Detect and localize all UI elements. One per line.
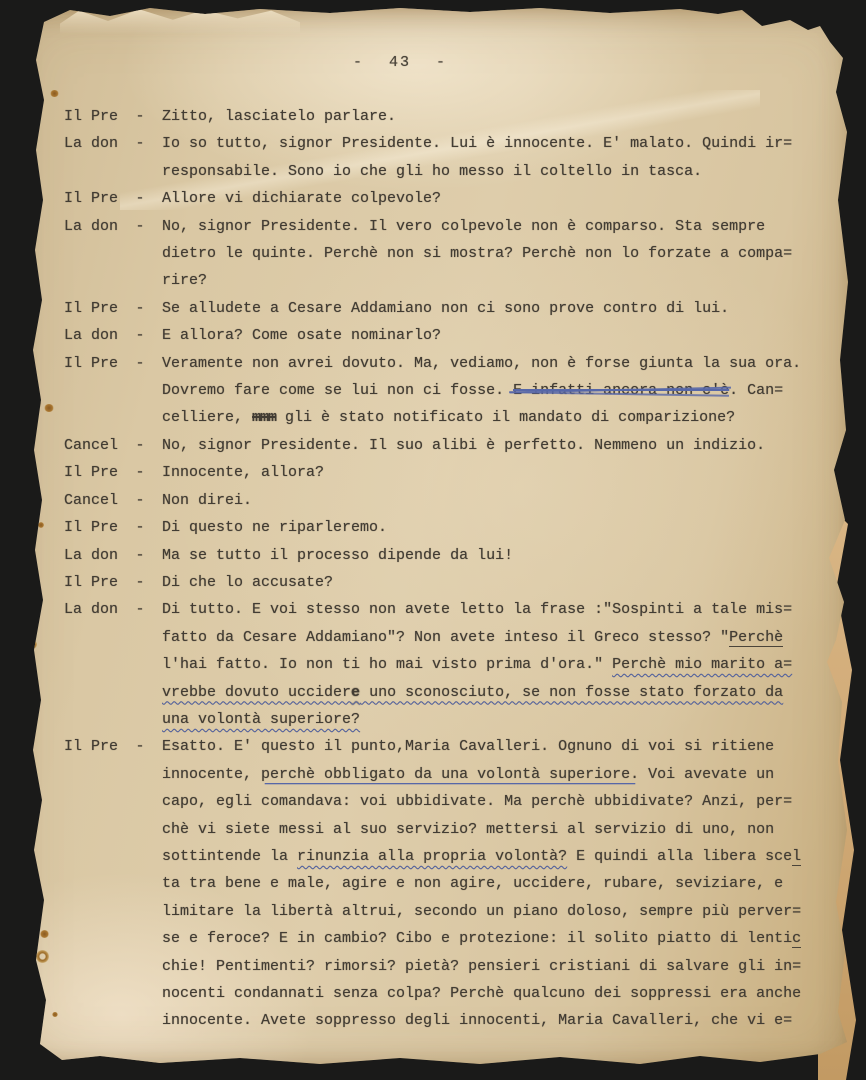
text-segment: Esatto. E' questo il punto,Maria Cavalle… bbox=[162, 738, 774, 755]
speaker-label: La don bbox=[64, 542, 118, 569]
text-segment: vrebbe dovuto uccider bbox=[162, 684, 351, 701]
stain bbox=[44, 404, 54, 412]
speaker-dash: - bbox=[118, 459, 162, 486]
speaker-label: Il Pre bbox=[64, 350, 118, 377]
typed-line: Esatto. E' questo il punto,Maria Cavalle… bbox=[162, 733, 826, 760]
dialogue-text: Io so tutto, signor Presidente. Lui è in… bbox=[162, 130, 826, 185]
text-segment: e bbox=[351, 684, 360, 701]
typed-line: Allore vi dichiarate colpevole? bbox=[162, 185, 826, 212]
text-segment: Voi avevate un bbox=[639, 766, 774, 783]
text-segment: rire? bbox=[162, 272, 207, 289]
typed-line: l'hai fatto. Io non ti ho mai visto prim… bbox=[162, 651, 826, 678]
stain bbox=[38, 522, 44, 528]
text-segment: Io so tutto, signor Presidente. Lui è in… bbox=[162, 135, 792, 152]
dialogue-entry: Il Pre-Veramente non avrei dovuto. Ma, v… bbox=[64, 350, 826, 432]
text-segment: Perchè mio marito a= bbox=[612, 656, 792, 673]
dialogue-text: Esatto. E' questo il punto,Maria Cavalle… bbox=[162, 733, 826, 1034]
typed-line: innocente, perchè obbligato da una volon… bbox=[162, 761, 826, 788]
dialogue-text: Innocente, allora? bbox=[162, 459, 826, 486]
text-segment: Di tutto. E voi stesso non avete letto l… bbox=[162, 601, 792, 618]
dialogue-entry: La don-Ma se tutto il processo dipende d… bbox=[64, 542, 826, 569]
torn-edge-highlight bbox=[60, 8, 300, 34]
speaker-dash: - bbox=[118, 596, 162, 623]
dialogue-text: Se alludete a Cesare Addamiano non ci so… bbox=[162, 295, 826, 322]
typewritten-page: - 43 - Il Pre-Zitto, lasciatelo parlare.… bbox=[0, 0, 866, 1080]
text-segment: chie! Pentimenti? rimorsi? pietà? pensie… bbox=[162, 958, 801, 975]
typed-line: una volontà superiore? bbox=[162, 706, 826, 733]
text-segment: se e feroce? E in cambio? Cibo e protezi… bbox=[162, 930, 792, 947]
typed-line: Innocente, allora? bbox=[162, 459, 826, 486]
typed-line: Veramente non avrei dovuto. Ma, vediamo,… bbox=[162, 350, 826, 377]
stain bbox=[52, 1012, 58, 1017]
typed-line: Non direi. bbox=[162, 487, 826, 514]
dialogue-text: Di che lo accusate? bbox=[162, 569, 826, 596]
speaker-label: La don bbox=[64, 130, 118, 157]
text-segment: Di che lo accusate? bbox=[162, 574, 333, 591]
speaker-label: Il Pre bbox=[64, 569, 118, 596]
text-segment: sottintende la bbox=[162, 848, 297, 865]
text-segment: l bbox=[792, 848, 801, 866]
typed-line: No, signor Presidente. Il vero colpevole… bbox=[162, 213, 826, 240]
text-segment: Se alludete a Cesare Addamiano non ci so… bbox=[162, 300, 729, 317]
speaker-label: Il Pre bbox=[64, 103, 118, 130]
speaker-dash: - bbox=[118, 733, 162, 760]
stain bbox=[27, 252, 34, 259]
dialogue-text: Di tutto. E voi stesso non avete letto l… bbox=[162, 596, 826, 733]
text-segment: No, signor Presidente. Il vero colpevole… bbox=[162, 218, 765, 235]
text-segment: E infatti ancora non c'è bbox=[513, 382, 729, 399]
typed-line: celliere, mmm gli è stato notificato il … bbox=[162, 404, 826, 431]
text-segment: l'hai fatto. Io non ti ho mai visto prim… bbox=[162, 656, 612, 673]
speaker-label: Il Pre bbox=[64, 514, 118, 541]
typed-line: Di che lo accusate? bbox=[162, 569, 826, 596]
speaker-label: Cancel bbox=[64, 487, 118, 514]
speaker-label: La don bbox=[64, 596, 118, 623]
speaker-label: Cancel bbox=[64, 432, 118, 459]
text-segment: innocente, bbox=[162, 766, 261, 783]
typed-line: rire? bbox=[162, 267, 826, 294]
dialogue-text: Allore vi dichiarate colpevole? bbox=[162, 185, 826, 212]
speaker-dash: - bbox=[118, 103, 162, 130]
typed-line: nocenti condannati senza colpa? Perchè q… bbox=[162, 980, 826, 1007]
text-segment: responsabile. Sono io che gli ho messo i… bbox=[162, 163, 702, 180]
text-segment: dietro le quinte. Perchè non si mostra? … bbox=[162, 245, 792, 262]
speaker-label: La don bbox=[64, 213, 118, 240]
typed-line: No, signor Presidente. Il suo alibi è pe… bbox=[162, 432, 826, 459]
speaker-label: La don bbox=[64, 322, 118, 349]
text-segment: E quindi alla libera sce bbox=[567, 848, 792, 865]
text-segment: Innocente, allora? bbox=[162, 464, 324, 481]
typed-line: E allora? Come osate nominarlo? bbox=[162, 322, 826, 349]
typed-line: fatto da Cesare Addamiano"? Non avete in… bbox=[162, 624, 826, 651]
dialogue-entry: La don-Di tutto. E voi stesso non avete … bbox=[64, 596, 826, 733]
dialogue-entry: La don-Io so tutto, signor Presidente. L… bbox=[64, 130, 826, 185]
typed-line: responsabile. Sono io che gli ho messo i… bbox=[162, 158, 826, 185]
dialogue-entry: Il Pre-Zitto, lasciatelo parlare. bbox=[64, 103, 826, 130]
dialogue-text: Veramente non avrei dovuto. Ma, vediamo,… bbox=[162, 350, 826, 432]
text-segment: una volontà superiore? bbox=[162, 711, 360, 728]
speaker-dash: - bbox=[118, 295, 162, 322]
text-segment: Allore vi dichiarate colpevole? bbox=[162, 190, 441, 207]
text-segment: Di questo ne riparleremo. bbox=[162, 519, 387, 536]
text-segment: rinunzia alla propria volontà? bbox=[297, 848, 567, 865]
typed-line: chè vi siete messi al suo servizio? mett… bbox=[162, 816, 826, 843]
dialogue-entry: Il Pre-Innocente, allora? bbox=[64, 459, 826, 486]
text-segment: uno sconosciuto, se non fosse stato forz… bbox=[360, 684, 783, 701]
dialogue-text: Non direi. bbox=[162, 487, 826, 514]
text-segment: Non direi. bbox=[162, 492, 252, 509]
stain bbox=[40, 930, 49, 938]
dialogue-entry: Il Pre-Se alludete a Cesare Addamiano no… bbox=[64, 295, 826, 322]
dialogue-entry: La don-E allora? Come osate nominarlo? bbox=[64, 322, 826, 349]
stain bbox=[30, 1005, 37, 1012]
page-number: - 43 - bbox=[300, 54, 500, 71]
typed-line: sottintende la rinunzia alla propria vol… bbox=[162, 843, 826, 870]
speaker-dash: - bbox=[118, 542, 162, 569]
text-segment: Dovremo fare come se lui non ci fosse. bbox=[162, 382, 513, 399]
dialogue-entry: La don-No, signor Presidente. Il vero co… bbox=[64, 213, 826, 295]
speaker-dash: - bbox=[118, 514, 162, 541]
dialogue-entry: Il Pre-Esatto. E' questo il punto,Maria … bbox=[64, 733, 826, 1034]
text-segment: innocente. Avete soppresso degli innocen… bbox=[162, 1012, 792, 1029]
text-segment: capo, egli comandava: voi ubbidivate. Ma… bbox=[162, 793, 792, 810]
speaker-dash: - bbox=[118, 213, 162, 240]
text-segment: Ma se tutto il processo dipende da lui! bbox=[162, 547, 513, 564]
speaker-label: Il Pre bbox=[64, 295, 118, 322]
stain bbox=[36, 950, 49, 963]
text-segment: limitare la libertà altrui, secondo un p… bbox=[162, 903, 801, 920]
text-segment: chè vi siete messi al suo servizio? mett… bbox=[162, 821, 774, 838]
stain bbox=[50, 90, 59, 97]
speaker-dash: - bbox=[118, 487, 162, 514]
dialogue-entry: Il Pre-Allore vi dichiarate colpevole? bbox=[64, 185, 826, 212]
text-segment: gli è stato notificato il mandato di com… bbox=[276, 409, 735, 426]
typed-line: ta tra bene e male, agire e non agire, u… bbox=[162, 870, 826, 897]
speaker-dash: - bbox=[118, 350, 162, 377]
typed-line: dietro le quinte. Perchè non si mostra? … bbox=[162, 240, 826, 267]
speaker-label: Il Pre bbox=[64, 185, 118, 212]
typed-line: se e feroce? E in cambio? Cibo e protezi… bbox=[162, 925, 826, 952]
text-segment: fatto da Cesare Addamiano"? Non avete in… bbox=[162, 629, 729, 646]
text-segment: No, signor Presidente. Il suo alibi è pe… bbox=[162, 437, 765, 454]
stain bbox=[28, 640, 37, 649]
text-segment: E allora? Come osate nominarlo? bbox=[162, 327, 441, 344]
typed-line: limitare la libertà altrui, secondo un p… bbox=[162, 898, 826, 925]
dialogue: Il Pre-Zitto, lasciatelo parlare.La don-… bbox=[64, 103, 826, 1035]
dialogue-text: Ma se tutto il processo dipende da lui! bbox=[162, 542, 826, 569]
typed-line: chie! Pentimenti? rimorsi? pietà? pensie… bbox=[162, 953, 826, 980]
speaker-dash: - bbox=[118, 322, 162, 349]
dialogue-entry: Il Pre-Di questo ne riparleremo. bbox=[64, 514, 826, 541]
stain bbox=[22, 792, 34, 804]
text-segment: perchè obbligato da una volontà superior… bbox=[261, 766, 639, 783]
typed-line: Zitto, lasciatelo parlare. bbox=[162, 103, 826, 130]
dialogue-entry: Cancel-Non direi. bbox=[64, 487, 826, 514]
dialogue-text: No, signor Presidente. Il suo alibi è pe… bbox=[162, 432, 826, 459]
typed-line: vrebbe dovuto uccidere uno sconosciuto, … bbox=[162, 679, 826, 706]
typed-line: innocente. Avete soppresso degli innocen… bbox=[162, 1007, 826, 1034]
typed-line: Di questo ne riparleremo. bbox=[162, 514, 826, 541]
speaker-dash: - bbox=[118, 185, 162, 212]
speaker-label: Il Pre bbox=[64, 733, 118, 760]
typed-line: Se alludete a Cesare Addamiano non ci so… bbox=[162, 295, 826, 322]
speaker-dash: - bbox=[118, 432, 162, 459]
text-segment: celliere, bbox=[162, 409, 252, 426]
text-segment: mmm bbox=[252, 409, 276, 426]
typed-line: Di tutto. E voi stesso non avete letto l… bbox=[162, 596, 826, 623]
text-segment: Perchè bbox=[729, 629, 783, 647]
dialogue-text: E allora? Come osate nominarlo? bbox=[162, 322, 826, 349]
typed-line: Dovremo fare come se lui non ci fosse. E… bbox=[162, 377, 826, 404]
dialogue-text: Zitto, lasciatelo parlare. bbox=[162, 103, 826, 130]
text-segment: c bbox=[792, 930, 801, 948]
text-segment: Veramente non avrei dovuto. Ma, vediamo,… bbox=[162, 355, 801, 372]
speaker-dash: - bbox=[118, 569, 162, 596]
dialogue-text: Di questo ne riparleremo. bbox=[162, 514, 826, 541]
typed-line: capo, egli comandava: voi ubbidivate. Ma… bbox=[162, 788, 826, 815]
typed-line: Io so tutto, signor Presidente. Lui è in… bbox=[162, 130, 826, 157]
text-segment: . Can= bbox=[729, 382, 783, 399]
speaker-dash: - bbox=[118, 130, 162, 157]
dialogue-entry: Il Pre-Di che lo accusate? bbox=[64, 569, 826, 596]
speaker-label: Il Pre bbox=[64, 459, 118, 486]
text-segment: nocenti condannati senza colpa? Perchè q… bbox=[162, 985, 801, 1002]
typed-line: Ma se tutto il processo dipende da lui! bbox=[162, 542, 826, 569]
text-segment: Zitto, lasciatelo parlare. bbox=[162, 108, 396, 125]
text-segment: ta tra bene e male, agire e non agire, u… bbox=[162, 875, 783, 892]
dialogue-entry: Cancel-No, signor Presidente. Il suo ali… bbox=[64, 432, 826, 459]
dialogue-text: No, signor Presidente. Il vero colpevole… bbox=[162, 213, 826, 295]
stain bbox=[20, 396, 42, 410]
